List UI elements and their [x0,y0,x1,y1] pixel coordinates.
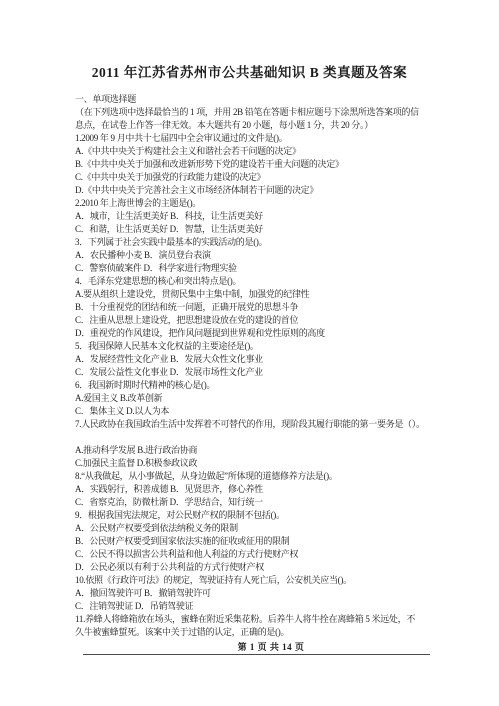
question-4-stem: 4．毛泽东党建思想的核心和突出特点是()。 [75,275,435,288]
question-7-stem: 7.人民政协在我国政治生活中发挥着不可替代的作用，现阶段其履行职能的第一要务是（… [75,418,435,431]
question-2-options-ab: A．城市，让生活更美好 B．科技，让生活更美好 [75,210,435,223]
question-5-options-cd: C．发展公益性文化事业 D．发展市场性文化产业 [75,366,435,379]
question-9-stem: 9．根据我国宪法规定，对公民财产权的限制不包括()。 [75,509,435,522]
footer-divider [83,654,430,655]
instructions-line-1: （在下列选项中选择最恰当的 1 项，并用 2B 铅笔在答题卡相应题号下涂黑所选答… [75,106,435,119]
section-heading: 一、单项选择题 [75,93,435,106]
blank-line [75,431,435,444]
question-3-options-cd: C．警察侦破案件 D．科学家进行物理实验 [75,262,435,275]
question-10-options-ab: A．撤回驾驶许可 B．撤销驾驶许可 [75,587,435,600]
question-9-option-c: C．公民不得以损害公共利益和他人利益的方式行使财产权 [75,548,435,561]
question-8-stem: 8.“从我做起，从小事做起，从身边做起”所体现的道德修养方法是()。 [75,470,435,483]
question-1-option-c: C.《中共中央关于加强党的行政能力建设的决定》 [75,171,435,184]
question-6-options-cd: C．集体主义 D.以人为本 [75,405,435,418]
document-body: 一、单项选择题 （在下列选项中选择最恰当的 1 项，并用 2B 铅笔在答题卡相应… [75,93,435,639]
document-page: 2011 年江苏省苏州市公共基础知识 B 类真题及答案 一、单项选择题 （在下列… [0,0,499,706]
question-4-option-b: B．十分重视党的团结和统一问题，正确开展党的思想斗争 [75,301,435,314]
document-title: 2011 年江苏省苏州市公共基础知识 B 类真题及答案 [0,61,499,81]
question-8-options-ab: A．实践躬行，积善成德 B．见贤思齐，修心养性 [75,483,435,496]
question-4-option-d: D．重视党的作风建设，把作风问题提到世界观和党性原则的高度 [75,327,435,340]
question-11-stem-line-2: 久牛被蜜蜂蜇死。该案中关于过错的认定，正确的是()。 [75,626,435,639]
question-1-stem: 1.2009 年 9 月中共十七届四中全会审议通过的文件是()。 [75,132,435,145]
question-7-options-ab: A.推动科学发展 B.进行政治协商 [75,444,435,457]
question-9-option-a: A．公民财产权要受到依法纳税义务的限制 [75,522,435,535]
question-1-option-a: A.《中共中央关于构建社会主义和谐社会若干问题的决定》 [75,145,435,158]
question-4-option-c: C．注重从思想上建设党，把思想建设放在党的建设的首位 [75,314,435,327]
question-11-stem-line-1: 11.养蜂人将蜂箱放在场头，蜜蜂在附近采集花粉。后养牛人将牛拴在离蜂箱 5 米远… [75,613,435,626]
question-2-options-cd: C．和谐，让生活更美好 D．智慧，让生活更美好 [75,223,435,236]
question-3-stem: 3．下列属于社会实践中最基本的实践活动的是()。 [75,236,435,249]
question-5-options-ab: A．发展经营性文化产业 B．发展大众性文化事业 [75,353,435,366]
question-1-option-d: D.《中共中央关于完善社会主义市场经济体制若干问题的决定》 [75,184,435,197]
page-number-indicator: 第 1 页 共 14 页 [0,640,499,653]
question-9-option-b: B．公民财产权要受到国家依法实施的征收或征用的限制 [75,535,435,548]
question-2-stem: 2.2010 年上海世博会的主题是()。 [75,197,435,210]
question-8-options-cd: C．省察克治，防微杜渐 D．学思结合，知行统一 [75,496,435,509]
question-10-options-cd: C．注销驾驶证 D．吊销驾驶证 [75,600,435,613]
question-3-options-ab: A．农民播种小麦 B．演员登台表演 [75,249,435,262]
question-6-stem: 6．我国新时期时代精神的核心是()。 [75,379,435,392]
question-5-stem: 5．我国保障人民基本文化权益的主要途径是()。 [75,340,435,353]
question-4-option-a: A.要从组织上建设党，贯彻民集中主集中制，加强党的纪律性 [75,288,435,301]
question-10-stem: 10.依照《行政许可法》的规定，驾驶证持有人死亡后，公安机关应当()。 [75,574,435,587]
question-6-options-ab: A.爱国主义 B.改革创新 [75,392,435,405]
question-1-option-b: B.《中共中央关于加强和改进新形势下党的建设若干重大问题的决定》 [75,158,435,171]
question-9-option-d: D．公民必须以有利于公共利益的方式行使财产权 [75,561,435,574]
question-7-options-cd: C.加强民主监督 D.积极参政议政 [75,457,435,470]
instructions-line-2: 息点，在试卷上作答一律无效。本大题共有 20 小题，每小题 1 分，共 20 分… [75,119,435,132]
